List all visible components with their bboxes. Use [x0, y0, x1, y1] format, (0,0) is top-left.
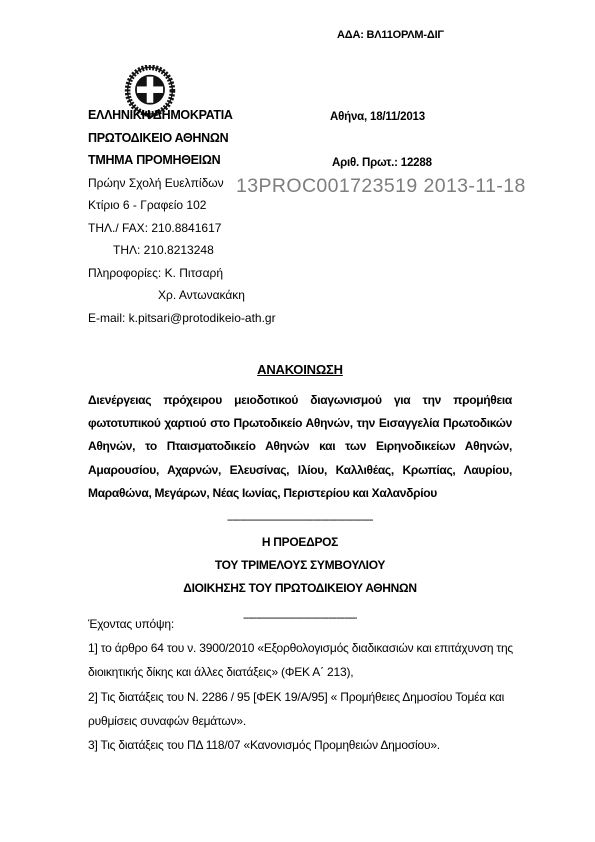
protocol-number: Αριθ. Πρωτ.: 12288: [332, 157, 432, 169]
considering-section: Έχοντας υπόψη: 1] το άρθρο 64 του ν. 390…: [88, 612, 535, 757]
announcement-title: ΑΝΑΚΟΙΝΩΣΗ: [88, 362, 512, 377]
signature-line-council: ΤΟΥ ΤΡΙΜΕΛΟΥΣ ΣΥΜΒΟΥΛΙΟΥ: [88, 554, 512, 577]
city-date: Αθήνα, 18/11/2013: [330, 111, 425, 123]
email-line: E-mail: k.pitsari@protodikeio-ath.gr: [88, 307, 338, 330]
separator-row-1: ----------------------------------------…: [88, 511, 512, 529]
announcement-text: Διενέργειας πρόχειρου μειοδοτικού διαγων…: [88, 389, 512, 505]
contact-line-2: Χρ. Αντωνακάκη: [88, 284, 338, 307]
contact-line-1: Πληροφορίες: Κ. Πιτσαρή: [88, 262, 338, 285]
sender-info-block: ΕΛΛΗΝΙΚΗ ΔΗΜΟΚΡΑΤΙΑ ΠΡΩΤΟΔΙΚΕΙΟ ΑΘΗΝΩΝ Τ…: [88, 104, 338, 329]
org-line-court: ΠΡΩΤΟΔΙΚΕΙΟ ΑΘΗΝΩΝ: [88, 127, 338, 150]
org-line-department: ΤΜΗΜΑ ΠΡΟΜΗΘΕΙΩΝ: [88, 149, 338, 172]
separator-dashes-1: ----------------------------------------…: [227, 514, 373, 526]
signature-line-administration: ΔΙΟΙΚΗΣΗΣ ΤΟΥ ΠΡΩΤΟΔΙΚΕΙΟΥ ΑΘΗΝΩΝ: [88, 577, 512, 600]
signature-line-president: Η ΠΡΟΕΔΡΟΣ: [88, 531, 512, 554]
signature-block: Η ΠΡΟΕΔΡΟΣ ΤΟΥ ΤΡΙΜΕΛΟΥΣ ΣΥΜΒΟΥΛΙΟΥ ΔΙΟΙ…: [88, 531, 512, 599]
phone-fax-line: ΤΗΛ./ FAX: 210.8841617: [88, 217, 338, 240]
considering-item-2: 2] Τις διατάξεις του Ν. 2286 / 95 [ΦΕΚ 1…: [88, 685, 535, 733]
ada-code: ΑΔΑ: ΒΛ11ΟΡΛΜ-ΔΙΓ: [337, 29, 444, 41]
org-line-republic: ΕΛΛΗΝΙΚΗ ΔΗΜΟΚΡΑΤΙΑ: [88, 104, 338, 127]
considering-item-1: 1] το άρθρο 64 του ν. 3900/2010 «Εξορθολ…: [88, 636, 535, 684]
phone-line: ΤΗΛ: 210.8213248: [88, 239, 338, 262]
announcement-section: ΑΝΑΚΟΙΝΩΣΗ Διενέργειας πρόχειρου μειοδοτ…: [88, 362, 512, 627]
considering-label: Έχοντας υπόψη:: [88, 612, 535, 636]
considering-item-3: 3] Τις διατάξεις του ΠΔ 118/07 «Κανονισμ…: [88, 733, 535, 757]
procurement-watermark: 13PROC001723519 2013-11-18: [236, 175, 526, 198]
document-page: ΑΔΑ: ΒΛ11ΟΡΛΜ-ΔΙΓ ΕΛΛΗΝΙΚΗ ΔΗΜΟΚΡΑΤΙΑ ΠΡ…: [0, 0, 595, 842]
